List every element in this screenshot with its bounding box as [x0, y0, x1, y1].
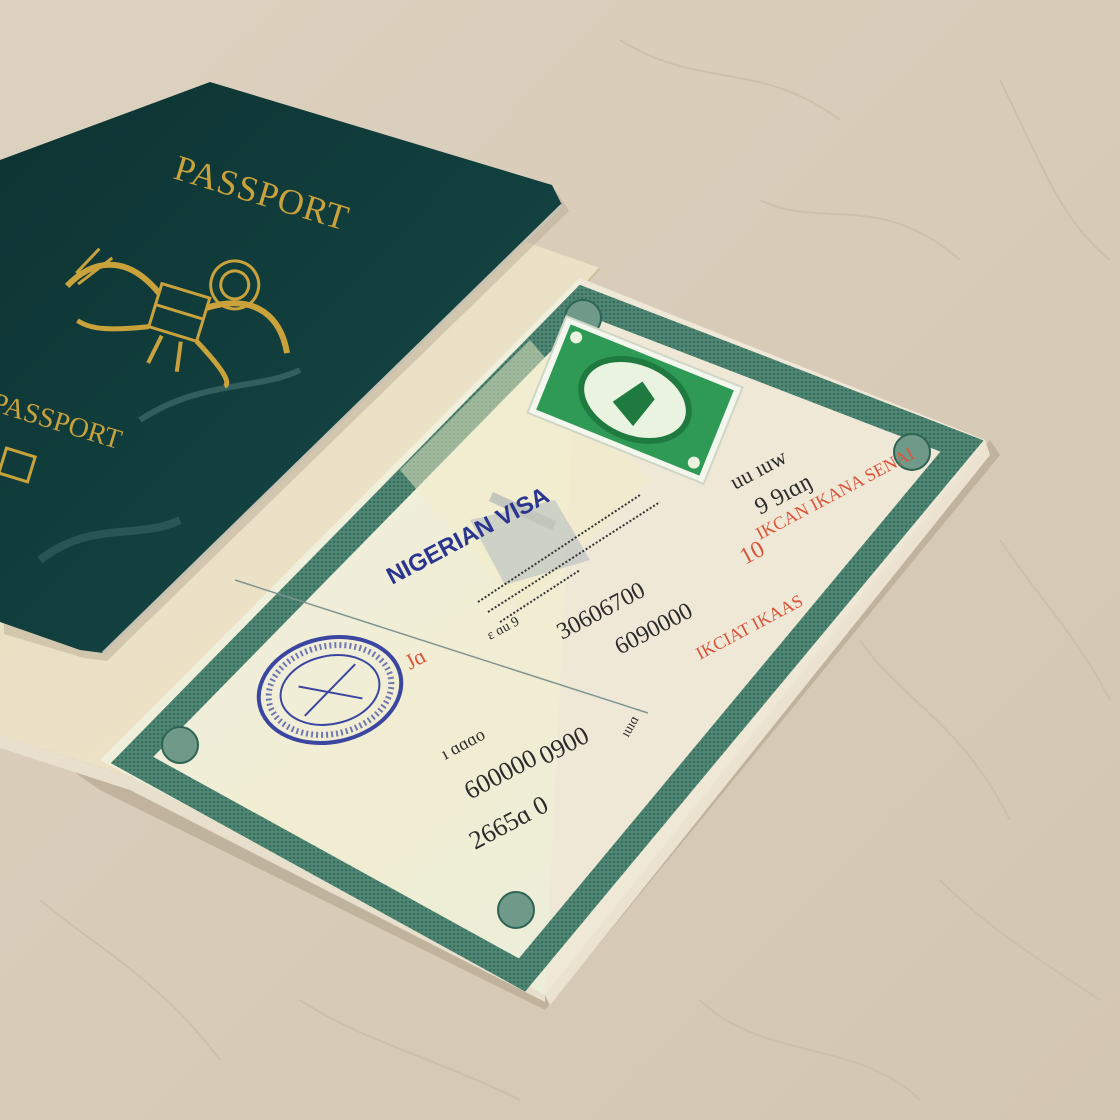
photo-scene: NIGERIAN VISA uu ıuw 9 9ıɑŋ 30606700 609… — [0, 0, 1120, 1120]
